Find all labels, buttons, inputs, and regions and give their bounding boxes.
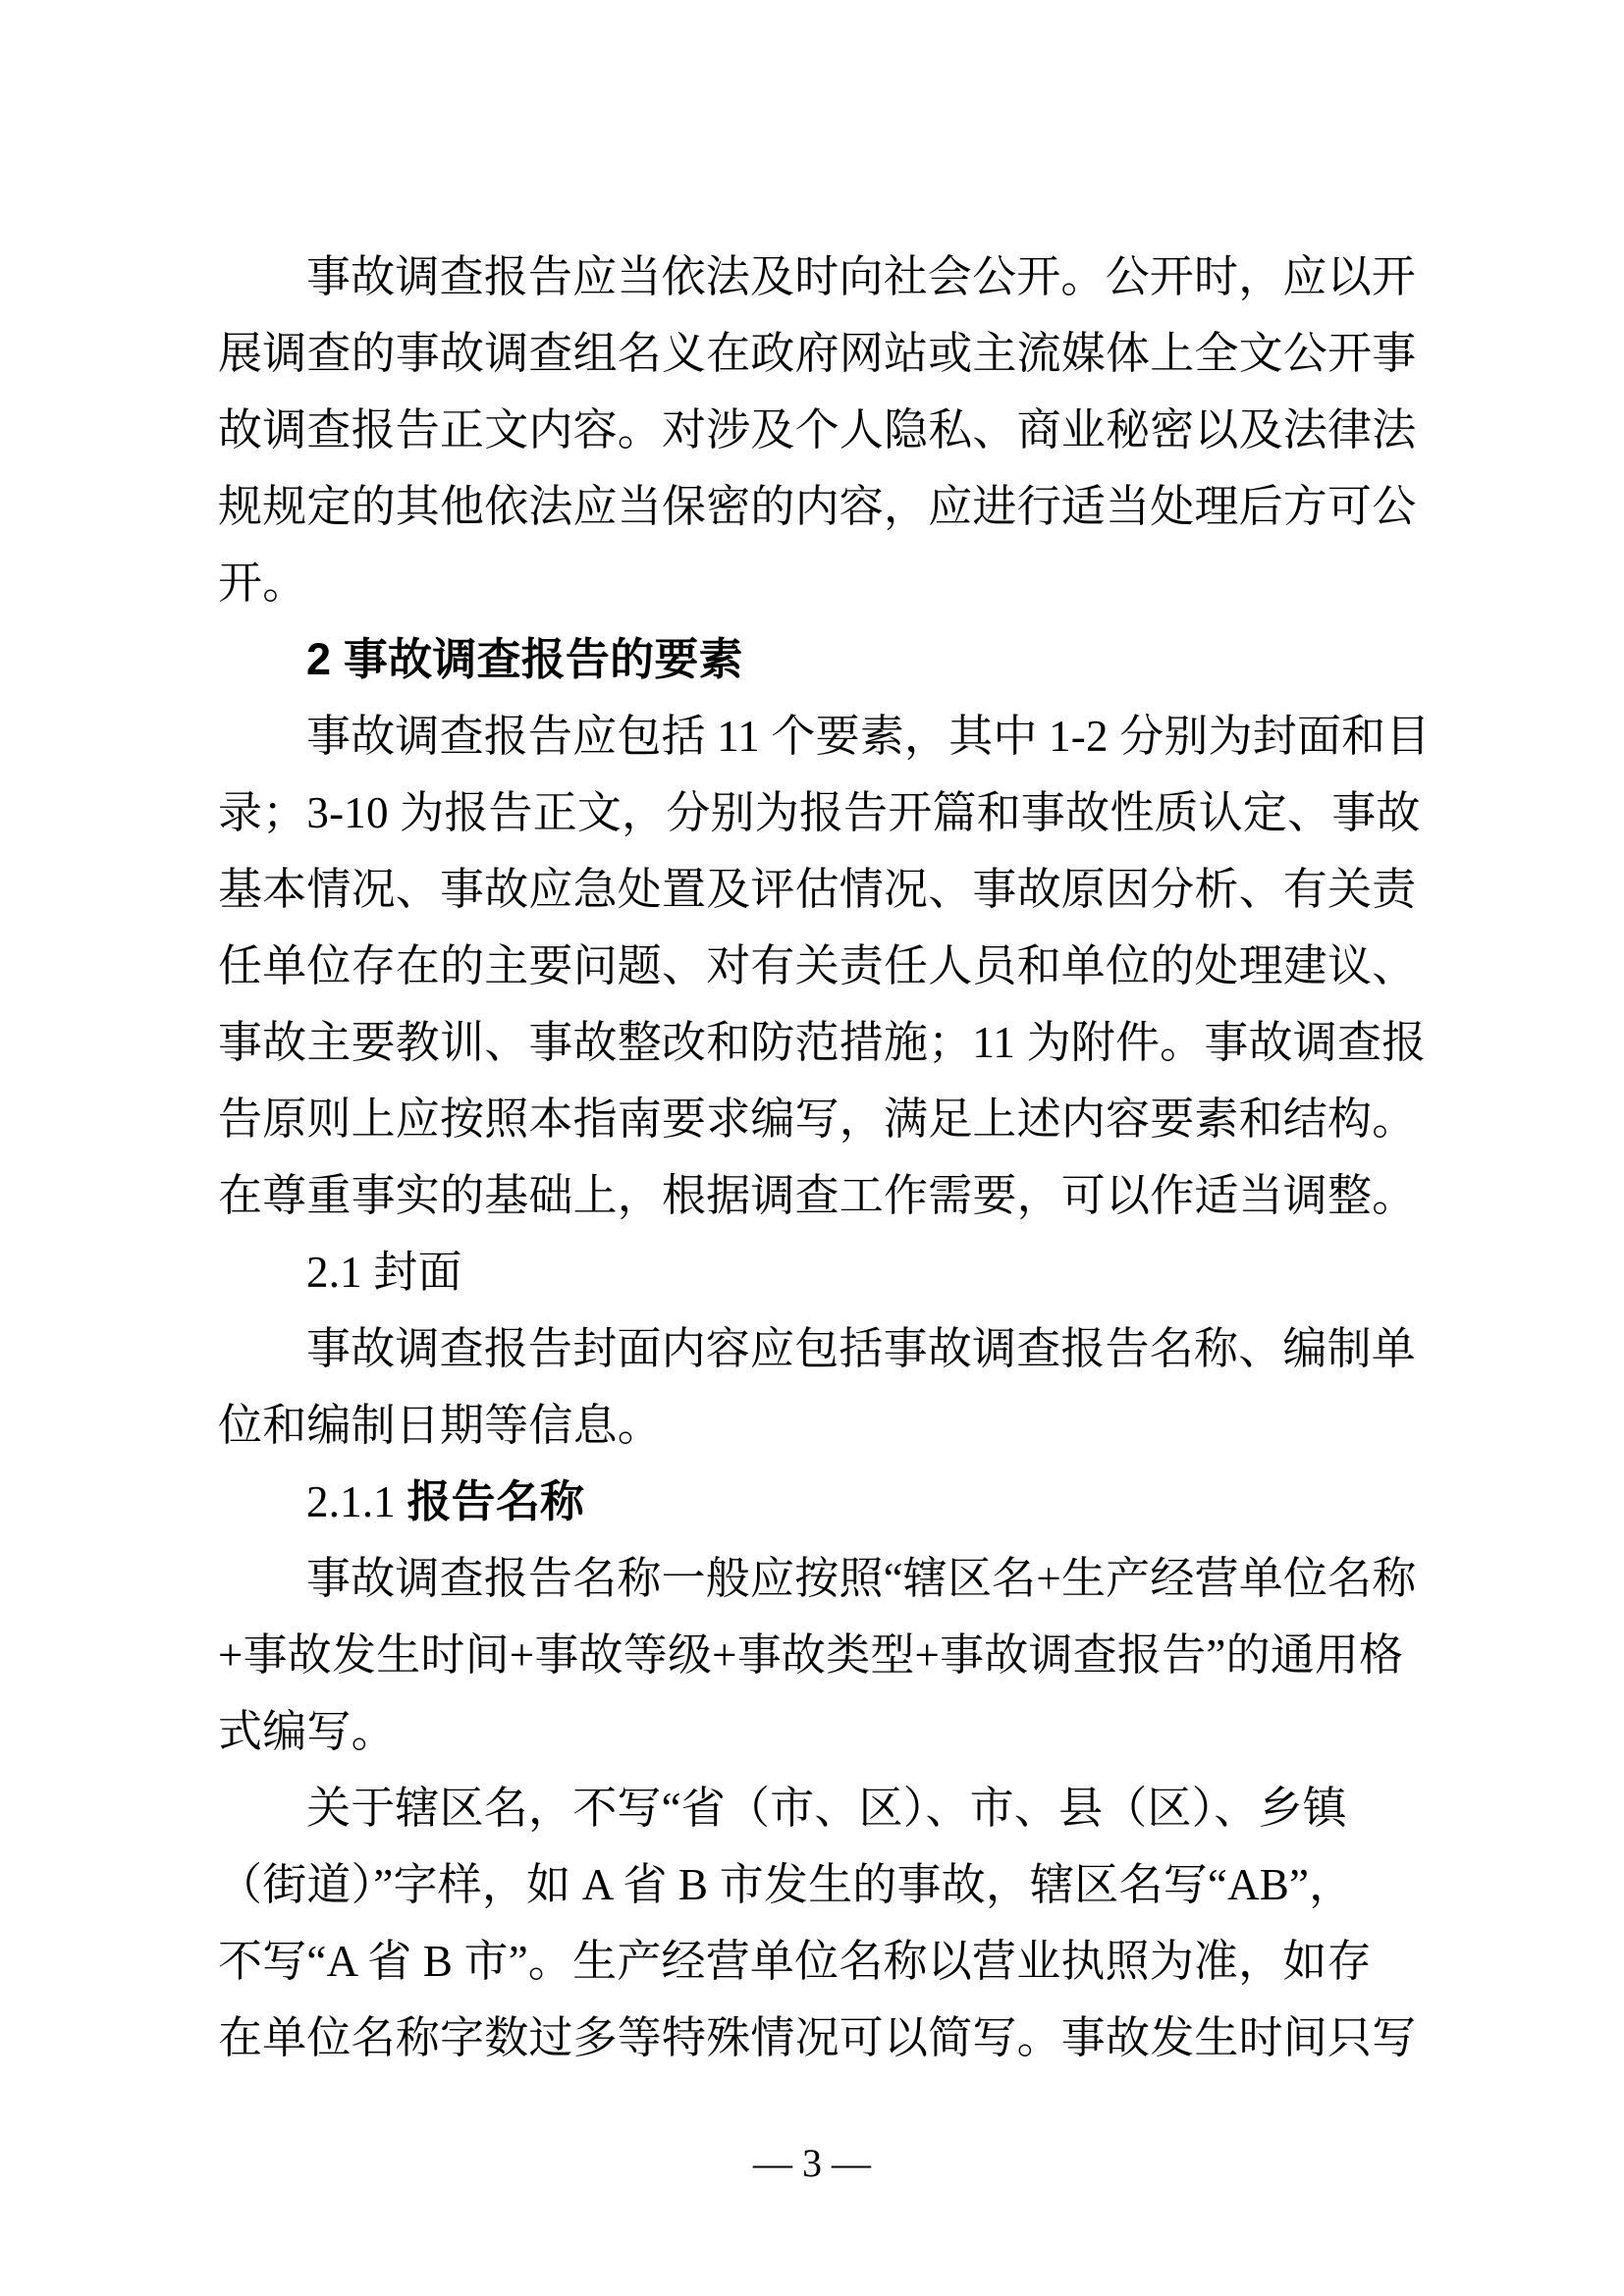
heading-number: 2.1.1 [306,1477,406,1526]
heading-title: 报告名称 [406,1476,584,1526]
text-line: 在尊重事实的基础上，根据调查工作需要，可以作适当调整。 [218,1157,1410,1234]
text-line: 事故调查报告应包括 11 个要素，其中 1-2 分别为封面和目 [218,698,1410,774]
text-line: 录；3-10 为报告正文，分别为报告开篇和事故性质认定、事故 [218,774,1410,851]
text-line: 任单位存在的主要问题、对有关责任人员和单位的处理建议、 [218,928,1410,1004]
text-line: （街道）”字样，如 A 省 B 市发生的事故，辖区名写“AB”， [218,1846,1410,1923]
heading-h1: 2 事故调查报告的要素 [218,621,1410,698]
text-line: 规规定的其他依法应当保密的内容，应进行适当处理后方可公 [218,468,1410,545]
paragraph: 事故调查报告名称一般应按照“辖区名+生产经营单位名称+事故发生时间+事故等级+事… [218,1540,1410,1770]
document-page: 事故调查报告应当依法及时向社会公开。公开时，应以开展调查的事故调查组名义在政府网… [0,0,1624,2296]
text-line: 展调查的事故调查组名义在政府网站或主流媒体上全文公开事 [218,315,1410,392]
text-line: 位和编制日期等信息。 [218,1387,1410,1464]
text-line: 不写“A 省 B 市”。生产经营单位名称以营业执照为准，如存 [218,1923,1410,2000]
paragraph: 关于辖区名，不写“省（市、区）、市、县（区）、乡镇（街道）”字样，如 A 省 B… [218,1770,1410,2076]
text-line: 基本情况、事故应急处置及评估情况、事故原因分析、有关责 [218,851,1410,928]
paragraph: 事故调查报告封面内容应包括事故调查报告名称、编制单位和编制日期等信息。 [218,1310,1410,1464]
text-line: 事故调查报告封面内容应包括事故调查报告名称、编制单 [218,1310,1410,1387]
text-line: 事故主要教训、事故整改和防范措施；11 为附件。事故调查报 [218,1004,1410,1081]
text-line: 告原则上应按照本指南要求编写，满足上述内容要素和结构。 [218,1081,1410,1157]
text-line: 事故调查报告应当依法及时向社会公开。公开时，应以开 [218,239,1410,315]
document-body: 事故调查报告应当依法及时向社会公开。公开时，应以开展调查的事故调查组名义在政府网… [218,239,1410,2076]
page-number: — 3 — [0,2140,1624,2187]
heading-h3: 2.1.1 报告名称 [218,1464,1410,1540]
text-line: +事故发生时间+事故等级+事故类型+事故调查报告”的通用格 [218,1617,1410,1693]
paragraph: 事故调查报告应包括 11 个要素，其中 1-2 分别为封面和目录；3-10 为报… [218,698,1410,1234]
text-line: 故调查报告正文内容。对涉及个人隐私、商业秘密以及法律法 [218,392,1410,468]
text-line: 事故调查报告名称一般应按照“辖区名+生产经营单位名称 [218,1540,1410,1617]
heading-h2: 2.1 封面 [218,1234,1410,1310]
text-line: 开。 [218,545,1410,621]
text-line: 式编写。 [218,1693,1410,1770]
text-line: 在单位名称字数过多等特殊情况可以简写。事故发生时间只写 [218,2000,1410,2076]
paragraph: 事故调查报告应当依法及时向社会公开。公开时，应以开展调查的事故调查组名义在政府网… [218,239,1410,621]
text-line: 关于辖区名，不写“省（市、区）、市、县（区）、乡镇 [218,1770,1410,1846]
